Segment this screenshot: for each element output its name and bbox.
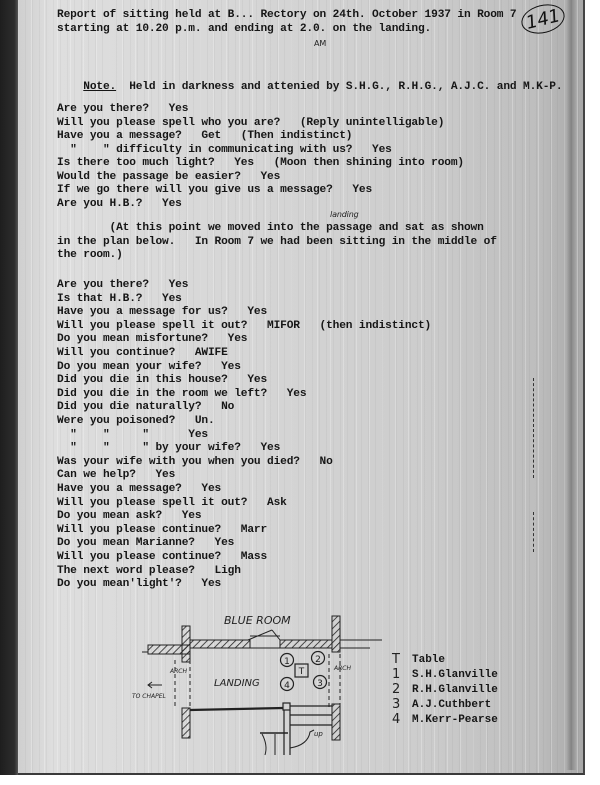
dialogue-line: Do you mean ask? Yes	[57, 510, 201, 523]
dialogue-line: Are you H.B.? Yes	[57, 198, 182, 211]
note-line: Note. Held in darkness and attenied by S…	[57, 68, 562, 108]
dialogue-line: Did you die in the room we left? Yes	[57, 388, 306, 401]
legend-item: 2R.H.Glanville	[392, 682, 498, 697]
legend-key: 1	[392, 667, 412, 682]
dialogue-line: Have you a message? Yes	[57, 483, 221, 496]
legend-key: 3	[392, 697, 412, 712]
header-line-1: Report of sitting held at B... Rectory o…	[57, 9, 516, 22]
legend-label: Table	[412, 654, 445, 666]
legend-label: S.H.Glanville	[412, 669, 498, 681]
legend-item: 1S.H.Glanville	[392, 667, 498, 682]
floor-plan: 1 2 3 4 T BLUE ROOM LANDING ARCH ARCH TO…	[120, 600, 390, 765]
legend-label: M.Kerr-Pearse	[412, 714, 498, 726]
dialogue-line: Have you a message? Get (Then indistinct…	[57, 130, 352, 143]
dialogue-line: Are you there? Yes	[57, 103, 188, 116]
dialogue-line: " " " by your wife? Yes	[57, 442, 280, 455]
dialogue-line: Will you please continue? Marr	[57, 524, 267, 537]
legend-label: A.J.Cuthbert	[412, 699, 491, 711]
dialogue-line: Will you continue? AWIFE	[57, 347, 228, 360]
blue-room-label: BLUE ROOM	[224, 614, 291, 627]
dialogue-line: Is there too much light? Yes (Moon then …	[57, 157, 464, 170]
dialogue-line: Did you die in this house? Yes	[57, 374, 267, 387]
paragraph-line: in the plan below. In Room 7 we had been…	[57, 236, 497, 249]
table-label: T	[298, 667, 305, 677]
dialogue-line: Is that H.B.? Yes	[57, 293, 182, 306]
dialogue-line: Do you mean'light'? Yes	[57, 578, 221, 591]
paragraph-line: (At this point we moved into the passage…	[57, 222, 484, 235]
header-handwritten-am: AM	[314, 37, 326, 50]
floor-plan-walls	[142, 616, 382, 755]
dialogue-line: Will you please continue? Mass	[57, 551, 267, 564]
dialogue-line: Can we help? Yes	[57, 469, 175, 482]
arch-left-label: ARCH	[169, 668, 187, 675]
dialogue-line: Do you mean Marianne? Yes	[57, 537, 234, 550]
legend-key: T	[392, 652, 412, 667]
to-chapel-label: TO CHAPEL	[132, 693, 166, 700]
dialogue-line: Will you please spell who you are? (Repl…	[57, 117, 444, 130]
stairs-up-label: up	[314, 730, 323, 738]
dialogue-line: Are you there? Yes	[57, 279, 188, 292]
dialogue-line: " " " Yes	[57, 429, 208, 442]
dialogue-line: " " difficulty in communicating with us?…	[57, 144, 392, 157]
dialogue-line: If we go there will you give us a messag…	[57, 184, 372, 197]
margin-dashed-line	[533, 378, 534, 478]
margin-dashed-line	[533, 512, 534, 552]
seat-4-label: 4	[284, 681, 290, 691]
seating-markers: 1 2 3 4 T	[281, 652, 327, 692]
handwritten-landing: landing	[330, 208, 359, 221]
legend-key: 2	[392, 682, 412, 697]
legend-item: 4M.Kerr-Pearse	[392, 712, 498, 727]
dialogue-line: The next word please? Ligh	[57, 565, 241, 578]
dialogue-line: Have you a message for us? Yes	[57, 306, 267, 319]
legend-key: 4	[392, 712, 412, 727]
note-text: Held in darkness and attenied by S.H.G.,…	[129, 81, 562, 93]
dialogue-line: Were you poisoned? Un.	[57, 415, 215, 428]
plan-legend: TTable1S.H.Glanville2R.H.Glanville3A.J.C…	[392, 652, 498, 727]
legend-label: R.H.Glanville	[412, 684, 498, 696]
seat-3-label: 3	[317, 679, 323, 689]
note-label: Note.	[83, 81, 116, 93]
dialogue-line: Would the passage be easier? Yes	[57, 171, 280, 184]
dialogue-line: Do you mean misfortune? Yes	[57, 333, 247, 346]
seat-1-label: 1	[284, 657, 290, 667]
legend-item: TTable	[392, 652, 498, 667]
arch-right-label: ARCH	[333, 665, 351, 672]
landing-label: LANDING	[214, 678, 260, 689]
paragraph-line: the room.)	[57, 249, 123, 262]
dialogue-line: Will you please spell it out? Ask	[57, 497, 287, 510]
dialogue-line: Was your wife with you when you died? No	[57, 456, 333, 469]
dialogue-line: Do you mean your wife? Yes	[57, 361, 241, 374]
floor-plan-drawing: 1 2 3 4 T BLUE ROOM LANDING ARCH ARCH TO…	[120, 600, 390, 760]
header-line-2: starting at 10.20 p.m. and ending at 2.0…	[57, 23, 431, 36]
dialogue-line: Did you die naturally? No	[57, 401, 234, 414]
legend-item: 3A.J.Cuthbert	[392, 697, 498, 712]
seat-2-label: 2	[315, 655, 321, 665]
dialogue-line: Will you please spell it out? MIFOR (the…	[57, 320, 431, 333]
